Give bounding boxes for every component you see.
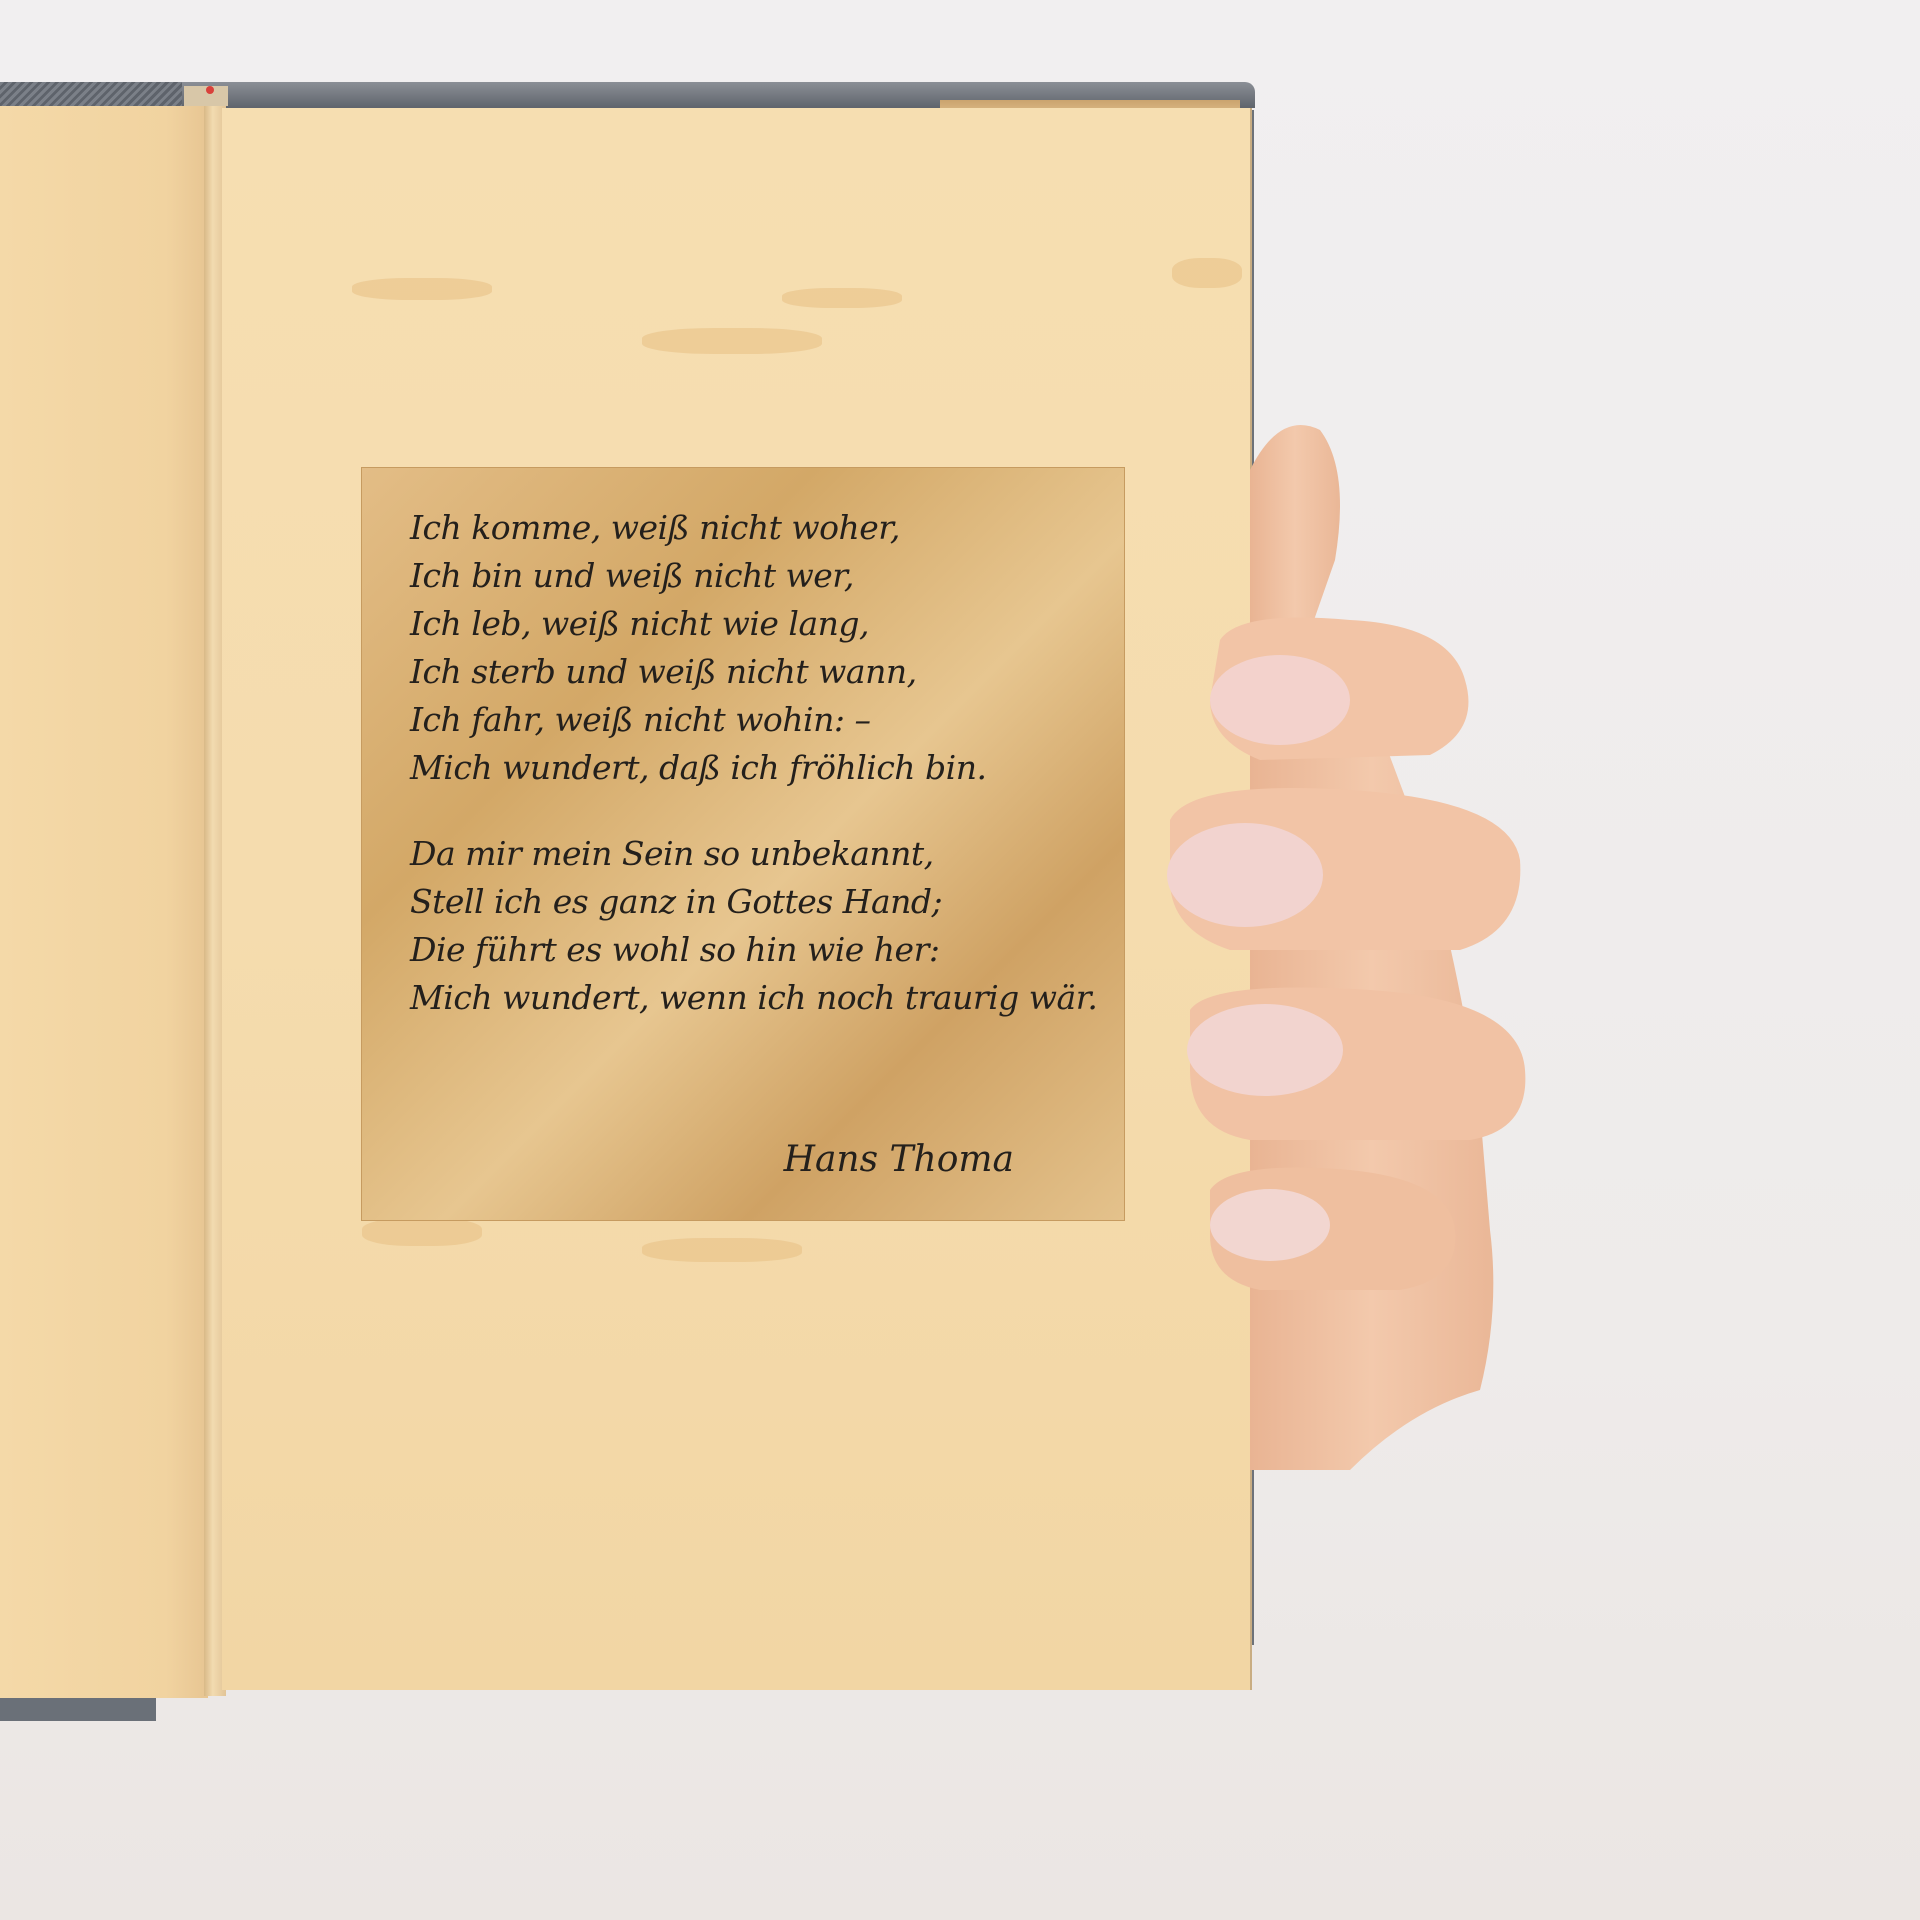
left-page xyxy=(0,106,208,1698)
glue-stain xyxy=(352,278,492,300)
poem-line: Ich komme, weiß nicht woher, xyxy=(410,504,1074,552)
poem: Ich komme, weiß nicht woher, Ich bin und… xyxy=(362,468,1124,1220)
book-cover-cloth-left xyxy=(0,82,182,106)
poem-line: Da mir mein Sein so unbekannt, xyxy=(410,830,1074,878)
poem-stanza-2: Da mir mein Sein so unbekannt, Stell ich… xyxy=(410,830,1074,1022)
signature: Hans Thoma xyxy=(784,1139,1014,1180)
poem-stanza-1: Ich komme, weiß nicht woher, Ich bin und… xyxy=(410,504,1074,792)
poem-line: Stell ich es ganz in Gottes Hand; xyxy=(410,878,1074,926)
glue-stain xyxy=(642,328,822,354)
book-cover-bottom-edge xyxy=(0,1697,156,1721)
glue-stain xyxy=(362,1218,482,1246)
poem-line: Ich bin und weiß nicht wer, xyxy=(410,552,1074,600)
glue-stain xyxy=(642,1238,802,1262)
poem-line: Mich wundert, wenn ich noch traurig wär. xyxy=(410,974,1074,1022)
poem-line: Die führt es wohl so hin wie her: xyxy=(410,926,1074,974)
hand-holding-book xyxy=(1150,410,1620,1470)
glue-stain xyxy=(1172,258,1242,288)
headband-red-thread xyxy=(206,86,214,94)
poem-line: Ich sterb und weiß nicht wann, xyxy=(410,648,1074,696)
poem-line: Ich leb, weiß nicht wie lang, xyxy=(410,600,1074,648)
pasted-handwritten-note: Ich komme, weiß nicht woher, Ich bin und… xyxy=(362,468,1124,1220)
glue-stain xyxy=(782,288,902,308)
poem-line: Mich wundert, daß ich fröhlich bin. xyxy=(410,744,1074,792)
book-headband xyxy=(184,86,228,106)
poem-line: Ich fahr, weiß nicht wohin: – xyxy=(410,696,1074,744)
